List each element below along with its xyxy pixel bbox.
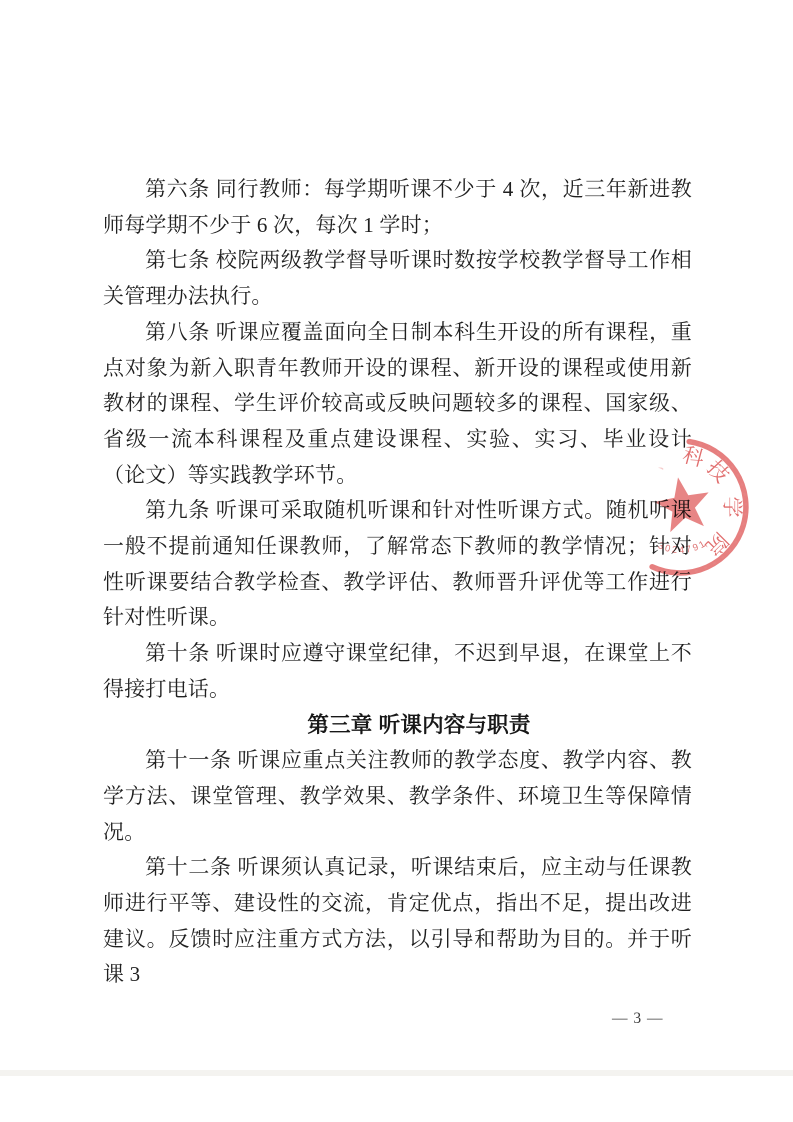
document-page: 第六条 同行教师：每学期听课不少于 4 次，近三年新进教师每学期不少于 6 次，… xyxy=(0,0,793,1122)
article-10-paragraph: 第十条 听课时应遵守课堂纪律，不迟到早退，在课堂上不得接打电话。 xyxy=(103,636,692,707)
article-8-paragraph: 第八条 听课应覆盖面向全日制本科生开设的所有课程，重点对象为新入职青年教师开设的… xyxy=(103,315,692,494)
page-number: — 3 — xyxy=(612,1010,702,1028)
article-9-paragraph: 第九条 听课可采取随机听课和针对性听课方式。随机听课一般不提前通知任课教师，了解… xyxy=(103,493,692,636)
seal-char-ji: 技 xyxy=(702,456,733,487)
chapter-3-heading: 第三章 听课内容与职责 xyxy=(103,708,692,744)
article-6-paragraph: 第六条 同行教师：每学期听课不少于 4 次，近三年新进教师每学期不少于 6 次，… xyxy=(103,172,692,243)
article-7-paragraph: 第七条 校院两级教学督导听课时数按学校教学督导工作相关管理办法执行。 xyxy=(103,243,692,314)
article-11-paragraph: 第十一条 听课应重点关注教师的教学态度、教学内容、教学方法、课堂管理、教学效果、… xyxy=(103,743,692,850)
seal-char-yuan: 院 xyxy=(701,528,732,559)
document-body: 第六条 同行教师：每学期听课不少于 4 次，近三年新进教师每学期不少于 6 次，… xyxy=(103,172,692,993)
scan-artifact-line xyxy=(0,1070,793,1076)
article-12-paragraph: 第十二条 听课须认真记录，听课结束后，应主动与任课教师进行平等、建设性的交流，肯… xyxy=(103,850,692,993)
seal-char-xue: 学 xyxy=(720,497,743,518)
